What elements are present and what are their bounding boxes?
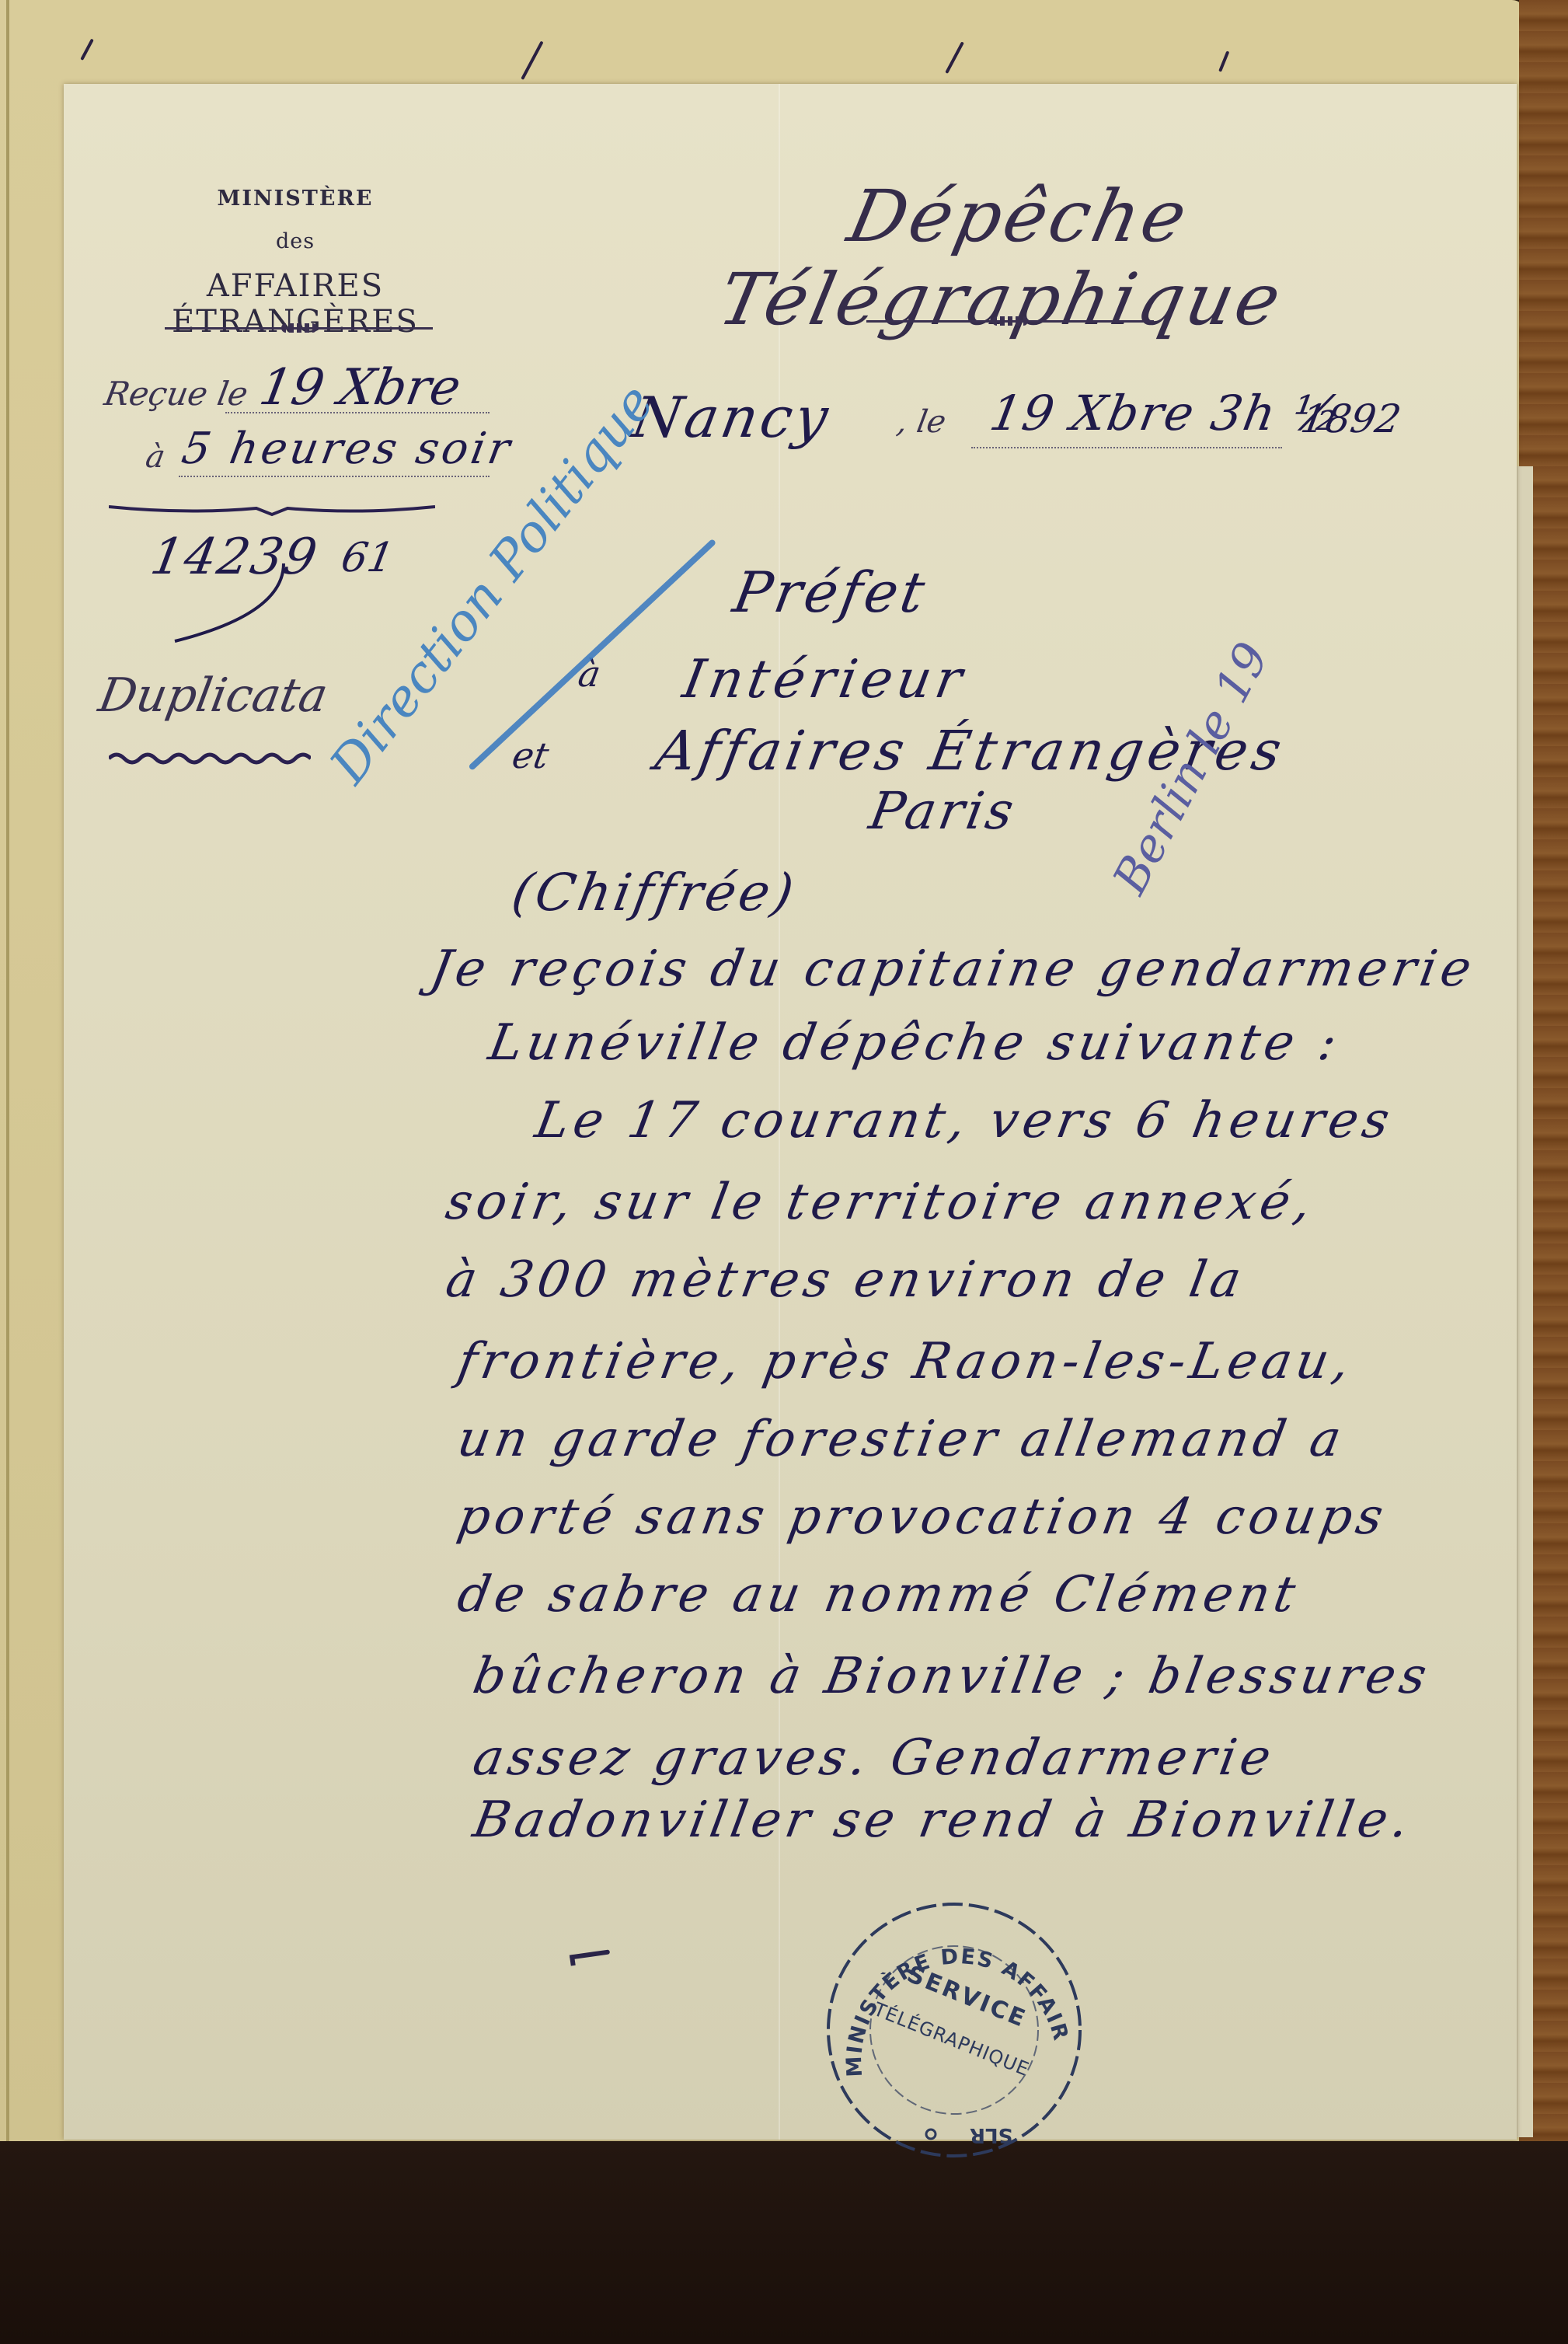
ornament-rule-left [165,327,433,330]
background-ink-mark [80,39,94,61]
reference-flourish [167,560,307,645]
origin-date-line [971,447,1282,448]
reference-suffix: 61 [338,535,398,581]
addressee-paris: Paris [865,781,1021,841]
body-line-4: soir, sur le territoire annexé, [441,1174,1319,1231]
addressee-interieur: Intérieur [678,649,971,710]
underlying-page-edge [1517,466,1533,2137]
addressee-et: et [509,734,552,776]
ornament-rule-right [866,320,1154,323]
received-time: 5 heures soir [178,424,517,474]
origin-year: 1892 [1298,396,1404,441]
brace-divider [109,504,435,514]
addressee-prefet: Préfet [729,560,932,625]
duplicata-wave-underline [109,748,311,768]
table-shadow [0,2141,1568,2344]
received-time-line [179,476,490,477]
service-telegraphique-stamp: MINISTÈRE DES AFFAIRES ÉTRANGÈRES SERVIC… [822,1898,1086,2162]
body-line-1: Je reçois du capitaine gendarmerie [426,940,1479,998]
received-date-line [225,412,490,413]
background-ink-mark [945,41,964,74]
origin-date: 19 Xbre 3h ½ [986,385,1347,441]
body-line-12: Badonviller se rend à Bionville. [469,1791,1417,1849]
body-line-9: de sabre au nommé Clément [453,1566,1304,1624]
body-line-10: bûcheron à Bionville ; blessures [469,1648,1435,1705]
body-line-7: un garde forestier allemand a [453,1411,1350,1468]
received-label: Reçue le [102,375,251,413]
origin-date-prefix: , le [894,404,949,440]
letterhead-ministere: MINISTÈRE [155,187,435,211]
body-line-8: porté sans provocation 4 coups [453,1488,1392,1546]
body-line-6: frontière, près Raon-les-Leau, [453,1333,1358,1390]
stamp-bottom-text: SLR [970,2123,1012,2147]
duplicata-label: Duplicata [95,668,332,723]
background-ink-mark [1218,51,1229,72]
body-line-3: Le 17 courant, vers 6 heures [531,1092,1398,1149]
body-chiffree: (Chiffrée) [507,863,801,923]
background-paper-edge [6,0,9,2145]
background-ink-mark [521,40,543,79]
body-line-11: assez graves. Gendarmerie [469,1729,1280,1787]
body-line-2: Lunéville dépêche suivante : [484,1014,1345,1072]
received-date: 19 Xbre [255,359,465,417]
body-line-5: à 300 mètres environ de la [441,1251,1249,1309]
letterhead-des: des [256,229,334,253]
